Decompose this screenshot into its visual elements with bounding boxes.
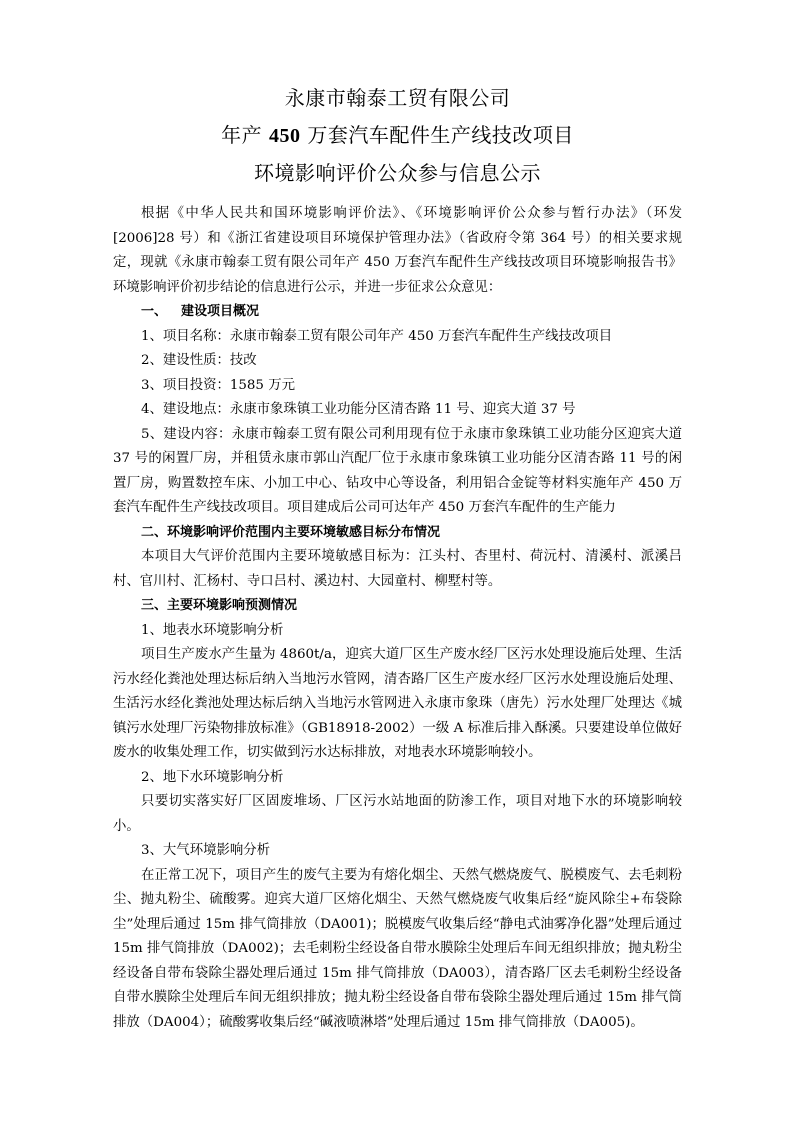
section1-heading-num: 一、 [141, 304, 167, 319]
company-title: 永康市翰泰工贸有限公司 [113, 80, 682, 117]
project-title-number: 450 [269, 125, 301, 147]
document-page: 永康市翰泰工贸有限公司 年产 450 万套汽车配件生产线技改项目 环境影响评价公… [113, 80, 682, 1035]
air-heading: 3、大气环境影响分析 [113, 839, 682, 864]
groundwater-paragraph: 只要切实落实好厂区固废堆场、厂区污水站地面的防渗工作，项目对地下水的环境影响较小… [113, 790, 682, 839]
section3-heading: 三、主要环境影响预测情况 [113, 594, 682, 619]
project-investment-item: 3、项目投资：1585 万元 [113, 374, 682, 399]
project-name-item: 1、项目名称：永康市翰泰工贸有限公司年产 450 万套汽车配件生产线技改项目 [113, 325, 682, 350]
project-nature-item: 2、建设性质：技改 [113, 349, 682, 374]
section1-heading: 一、建设项目概况 [113, 300, 682, 325]
document-body: 根据《中华人民共和国环境影响评价法》、《环境影响评价公众参与暂行办法》（环发[2… [113, 202, 682, 1035]
notice-title: 环境影响评价公众参与信息公示 [113, 155, 682, 192]
groundwater-heading: 2、地下水环境影响分析 [113, 766, 682, 791]
surface-water-heading: 1、地表水环境影响分析 [113, 619, 682, 644]
section1-heading-text: 建设项目概况 [181, 304, 259, 319]
project-title-pre: 年产 [221, 123, 269, 147]
air-paragraph: 在正常工况下，项目产生的废气主要为有熔化烟尘、天然气燃烧废气、脱模废气、去毛刺粉… [113, 864, 682, 1036]
project-content-item: 5、建设内容：永康市翰泰工贸有限公司利用现有位于永康市象珠镇工业功能分区迎宾大道… [113, 423, 682, 521]
section2-heading: 二、环境影响评价范围内主要环境敏感目标分布情况 [113, 521, 682, 546]
project-location-item: 4、建设地点：永康市象珠镇工业功能分区清杏路 11 号、迎宾大道 37 号 [113, 398, 682, 423]
project-title-post: 万套汽车配件生产线技改项目 [301, 123, 574, 147]
surface-water-paragraph: 项目生产废水产生量为 4860t/a，迎宾大道厂区生产废水经厂区污水处理设施后处… [113, 643, 682, 766]
sensitive-targets-paragraph: 本项目大气评价范围内主要环境敏感目标为：江头村、杏里村、荷沅村、清溪村、派溪吕村… [113, 545, 682, 594]
project-title: 年产 450 万套汽车配件生产线技改项目 [113, 117, 682, 155]
intro-paragraph: 根据《中华人民共和国环境影响评价法》、《环境影响评价公众参与暂行办法》（环发[2… [113, 202, 682, 300]
